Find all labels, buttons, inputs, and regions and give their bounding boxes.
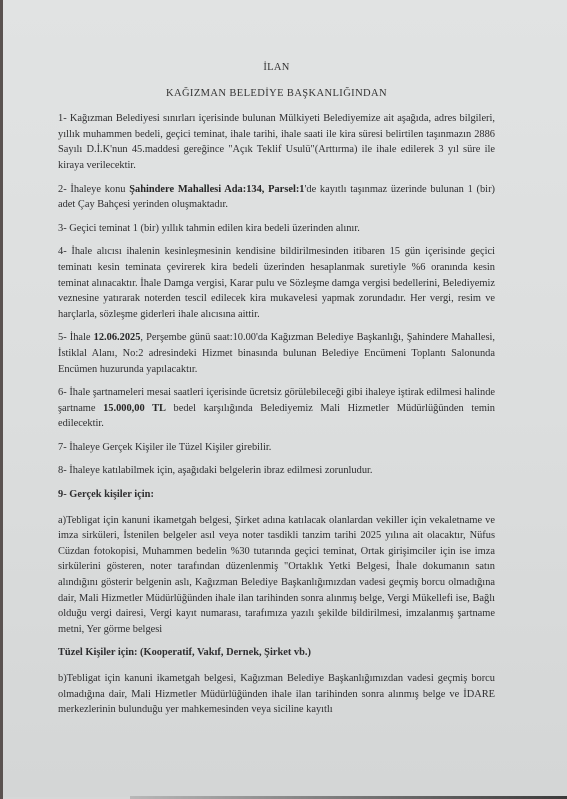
clause-8: 8- İhaleye katılabilmek için, aşağıdaki … xyxy=(58,463,495,479)
clause-5-text: 5- İhale xyxy=(58,332,94,343)
clause-3: 3- Geçici teminat 1 (bir) yıllık tahmin … xyxy=(58,221,495,237)
legal-entities-heading: Tüzel Kişiler için: (Kooperatif, Vakıf, … xyxy=(58,645,495,661)
clause-2-text: 2- İhaleye konu xyxy=(58,184,129,195)
announcement-body: İLAN KAĞIZMAN BELEDİYE BAŞKANLIĞINDAN 1-… xyxy=(58,60,495,726)
clause-4: 4- İhale alıcısı ihalenin kesinleşmesini… xyxy=(58,244,495,322)
clause-7: 7- İhaleye Gerçek Kişiler ile Tüzel Kişi… xyxy=(58,440,495,456)
clause-2-location: Şahindere Mahallesi Ada:134, Parsel:1 xyxy=(129,184,304,195)
clause-1: 1- Kağızman Belediyesi sınırları içerisi… xyxy=(58,111,495,173)
clause-legal-b: b)Tebligat için kanuni ikametgah belgesi… xyxy=(58,671,495,718)
clause-2: 2- İhaleye konu Şahindere Mahallesi Ada:… xyxy=(58,182,495,213)
clause-6-fee: 15.000,00 TL xyxy=(103,403,166,414)
document-subtitle: KAĞIZMAN BELEDİYE BAŞKANLIĞINDAN xyxy=(58,86,495,102)
clause-5: 5- İhale 12.06.2025, Perşembe günü saat:… xyxy=(58,330,495,377)
clause-5-date: 12.06.2025 xyxy=(94,332,141,343)
clause-6: 6- İhale şartnameleri mesai saatleri içe… xyxy=(58,385,495,432)
clause-9-heading: 9- Gerçek kişiler için: xyxy=(58,487,495,503)
document-title: İLAN xyxy=(58,60,495,76)
clause-9a: a)Tebligat için kanuni ikametgah belgesi… xyxy=(58,513,495,638)
